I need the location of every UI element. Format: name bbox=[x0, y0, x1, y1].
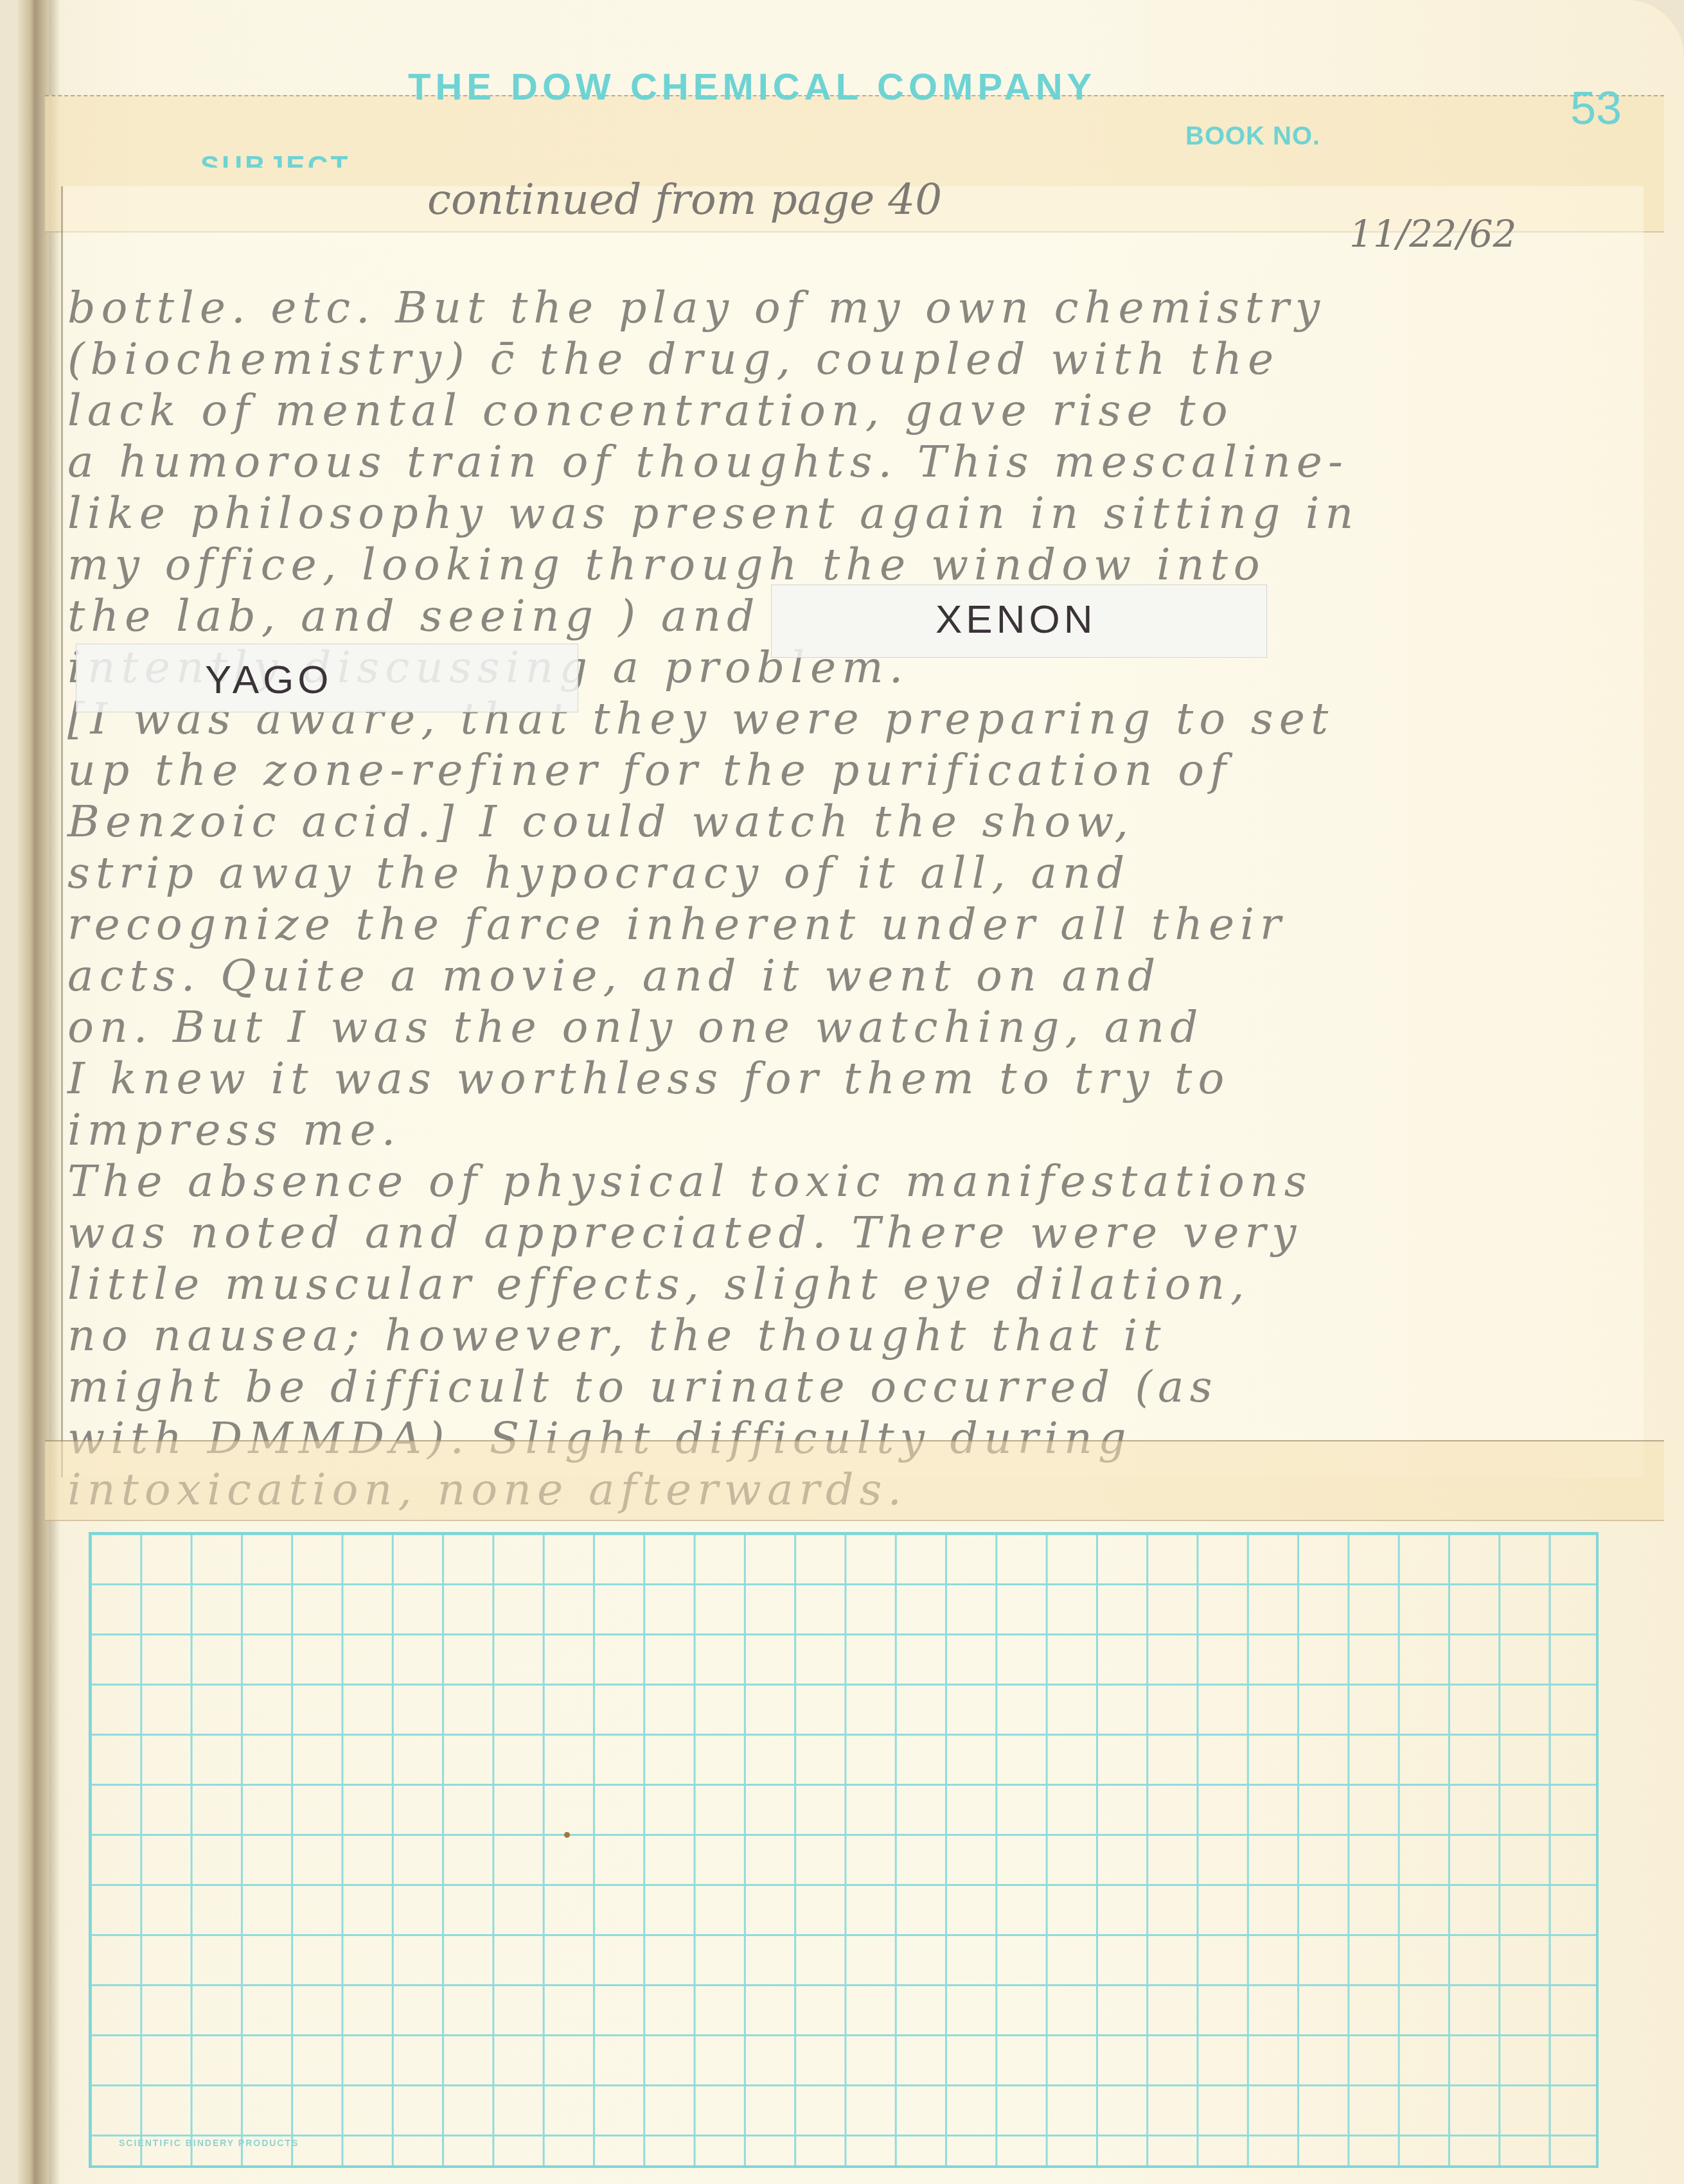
entry-line: little muscular effects, slight eye dila… bbox=[67, 1259, 1359, 1310]
entry-line: acts. Quite a movie, and it went on and bbox=[67, 951, 1359, 1002]
entry-line: on. But I was the only one watching, and bbox=[67, 1002, 1359, 1053]
book-number-label: BOOK NO. bbox=[1185, 122, 1320, 151]
handwritten-entry: bottle. etc. But the play of my own chem… bbox=[67, 283, 1359, 1516]
entry-line: a humorous train of thoughts. This mesca… bbox=[67, 437, 1359, 488]
entry-line: bottle. etc. But the play of my own chem… bbox=[67, 283, 1359, 334]
entry-line: my office, looking through the window in… bbox=[67, 540, 1359, 591]
redaction-label-yago: YAGO bbox=[76, 644, 578, 712]
entry-line: like philosophy was present again in sit… bbox=[67, 488, 1359, 540]
entry-line: strip away the hypocracy of it all, and bbox=[67, 848, 1359, 899]
entry-line: (biochemistry) c̄ the drug, coupled with… bbox=[67, 334, 1359, 385]
page-number: 53 bbox=[1570, 82, 1622, 135]
company-heading: THE DOW CHEMICAL COMPANY bbox=[408, 66, 1096, 109]
entry-line: might be difficult to urinate occurred (… bbox=[67, 1362, 1359, 1413]
entry-line: was noted and appreciated. There were ve… bbox=[67, 1208, 1359, 1259]
notebook-binding bbox=[18, 0, 49, 2184]
continued-note: continued from page 40 bbox=[427, 175, 942, 224]
bindery-imprint: SCIENTIFIC BINDERY PRODUCTS bbox=[119, 2138, 299, 2148]
redaction-label-xenon: XENON bbox=[771, 585, 1267, 658]
entry-line: impress me. bbox=[67, 1105, 1359, 1156]
entry-line: lack of mental concentration, gave rise … bbox=[67, 385, 1359, 437]
redaction-label-text: XENON bbox=[935, 597, 1096, 642]
paper-speck bbox=[564, 1832, 570, 1838]
entry-line: up the zone-refiner for the purification… bbox=[67, 745, 1359, 797]
entry-line: I knew it was worthless for them to try … bbox=[67, 1053, 1359, 1105]
graph-paper-grid bbox=[89, 1532, 1599, 2168]
redaction-label-text: YAGO bbox=[205, 657, 333, 703]
bottom-tape bbox=[45, 1440, 1664, 1521]
entry-line: Benzoic acid.] I could watch the show, bbox=[67, 797, 1359, 848]
entry-line: recognize the farce inherent under all t… bbox=[67, 899, 1359, 951]
entry-date: 11/22/62 bbox=[1349, 212, 1517, 256]
entry-line: no nausea; however, the thought that it bbox=[67, 1310, 1359, 1362]
binding-shadow bbox=[49, 0, 60, 2184]
entry-line: The absence of physical toxic manifestat… bbox=[67, 1156, 1359, 1208]
